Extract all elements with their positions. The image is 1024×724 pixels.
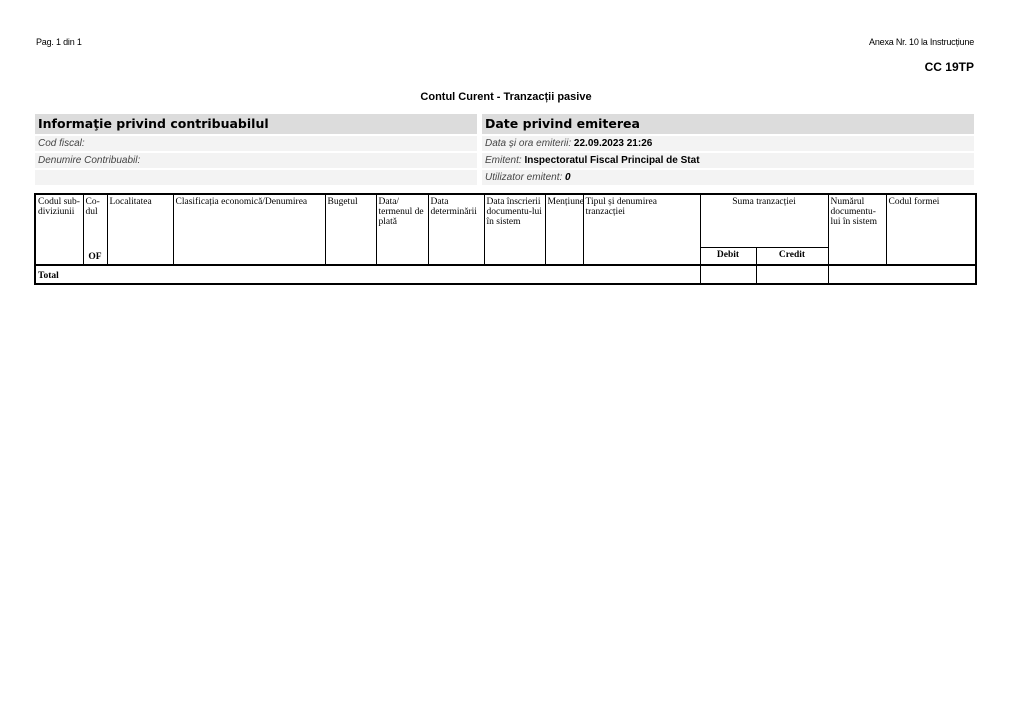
document-title: Contul Curent - Tranzacții pasive xyxy=(0,91,1012,103)
taxpayer-name-row: Denumire Contribuabil: xyxy=(35,153,477,168)
col-debit: Debit xyxy=(700,248,756,266)
col-locality: Localitatea xyxy=(107,194,173,265)
taxpayer-panel-heading: Informaţie privind contribuabilul xyxy=(35,114,477,134)
col-of-code-label: Co-dul xyxy=(86,197,105,217)
issue-datetime-row: Data și ora emiterii: 22.09.2023 21:26 xyxy=(482,136,974,151)
col-transaction-sum: Suma tranzacției xyxy=(700,194,828,248)
issuer-row: Emitent: Inspectoratul Fiscal Principal … xyxy=(482,153,974,168)
taxpayer-empty-row xyxy=(35,170,477,185)
col-registration-date: Data înscrierii documentu-lui în sistem xyxy=(484,194,545,265)
col-credit: Credit xyxy=(756,248,828,266)
col-payment-term: Data/ termenul de plată xyxy=(376,194,428,265)
col-mention: Mențiune xyxy=(545,194,583,265)
col-economic-classification: Clasificația economică/Denumirea xyxy=(173,194,325,265)
issuer-user-label: Utilizator emitent: xyxy=(485,172,562,183)
taxpayer-name-label: Denumire Contribuabil: xyxy=(38,155,140,166)
issue-datetime-value: 22.09.2023 21:26 xyxy=(574,138,652,149)
taxpayer-info-panel: Informaţie privind contribuabilul Cod fi… xyxy=(35,114,477,185)
form-code: CC 19TP xyxy=(925,60,974,74)
issue-panel-heading: Date privind emiterea xyxy=(482,114,974,134)
transactions-table: Codul sub-diviziunii Co-dul OF Localitat… xyxy=(34,193,977,285)
fiscal-code-row: Cod fiscal: xyxy=(35,136,477,151)
issue-datetime-label: Data și ora emiterii: xyxy=(485,138,571,149)
total-credit xyxy=(756,265,828,284)
total-label: Total xyxy=(35,265,700,284)
table-header-row: Codul sub-diviziunii Co-dul OF Localitat… xyxy=(35,194,976,248)
col-subdivision-code: Codul sub-diviziunii xyxy=(35,194,83,265)
issuer-label: Emitent: xyxy=(485,155,522,166)
annex-label: Anexa Nr. 10 la Instrucțiune xyxy=(869,37,974,47)
col-document-number: Numărul documentu-lui în sistem xyxy=(828,194,886,265)
fiscal-code-label: Cod fiscal: xyxy=(38,138,85,149)
total-debit xyxy=(700,265,756,284)
col-determination-date: Data determinării xyxy=(428,194,484,265)
issuer-user-value: 0 xyxy=(565,172,571,183)
page-number: Pag. 1 din 1 xyxy=(36,37,82,47)
col-budget: Bugetul xyxy=(325,194,376,265)
issue-info-panel: Date privind emiterea Data și ora emiter… xyxy=(482,114,974,185)
col-of-sublabel: OF xyxy=(84,252,107,262)
table-total-row: Total xyxy=(35,265,976,284)
col-of-code: Co-dul OF xyxy=(83,194,107,265)
issuer-user-row: Utilizator emitent: 0 xyxy=(482,170,974,185)
col-transaction-type: Tipul și denumirea tranzacției xyxy=(583,194,700,265)
issuer-value: Inspectoratul Fiscal Principal de Stat xyxy=(524,155,699,166)
total-empty xyxy=(828,265,976,284)
col-form-code: Codul formei xyxy=(886,194,976,265)
